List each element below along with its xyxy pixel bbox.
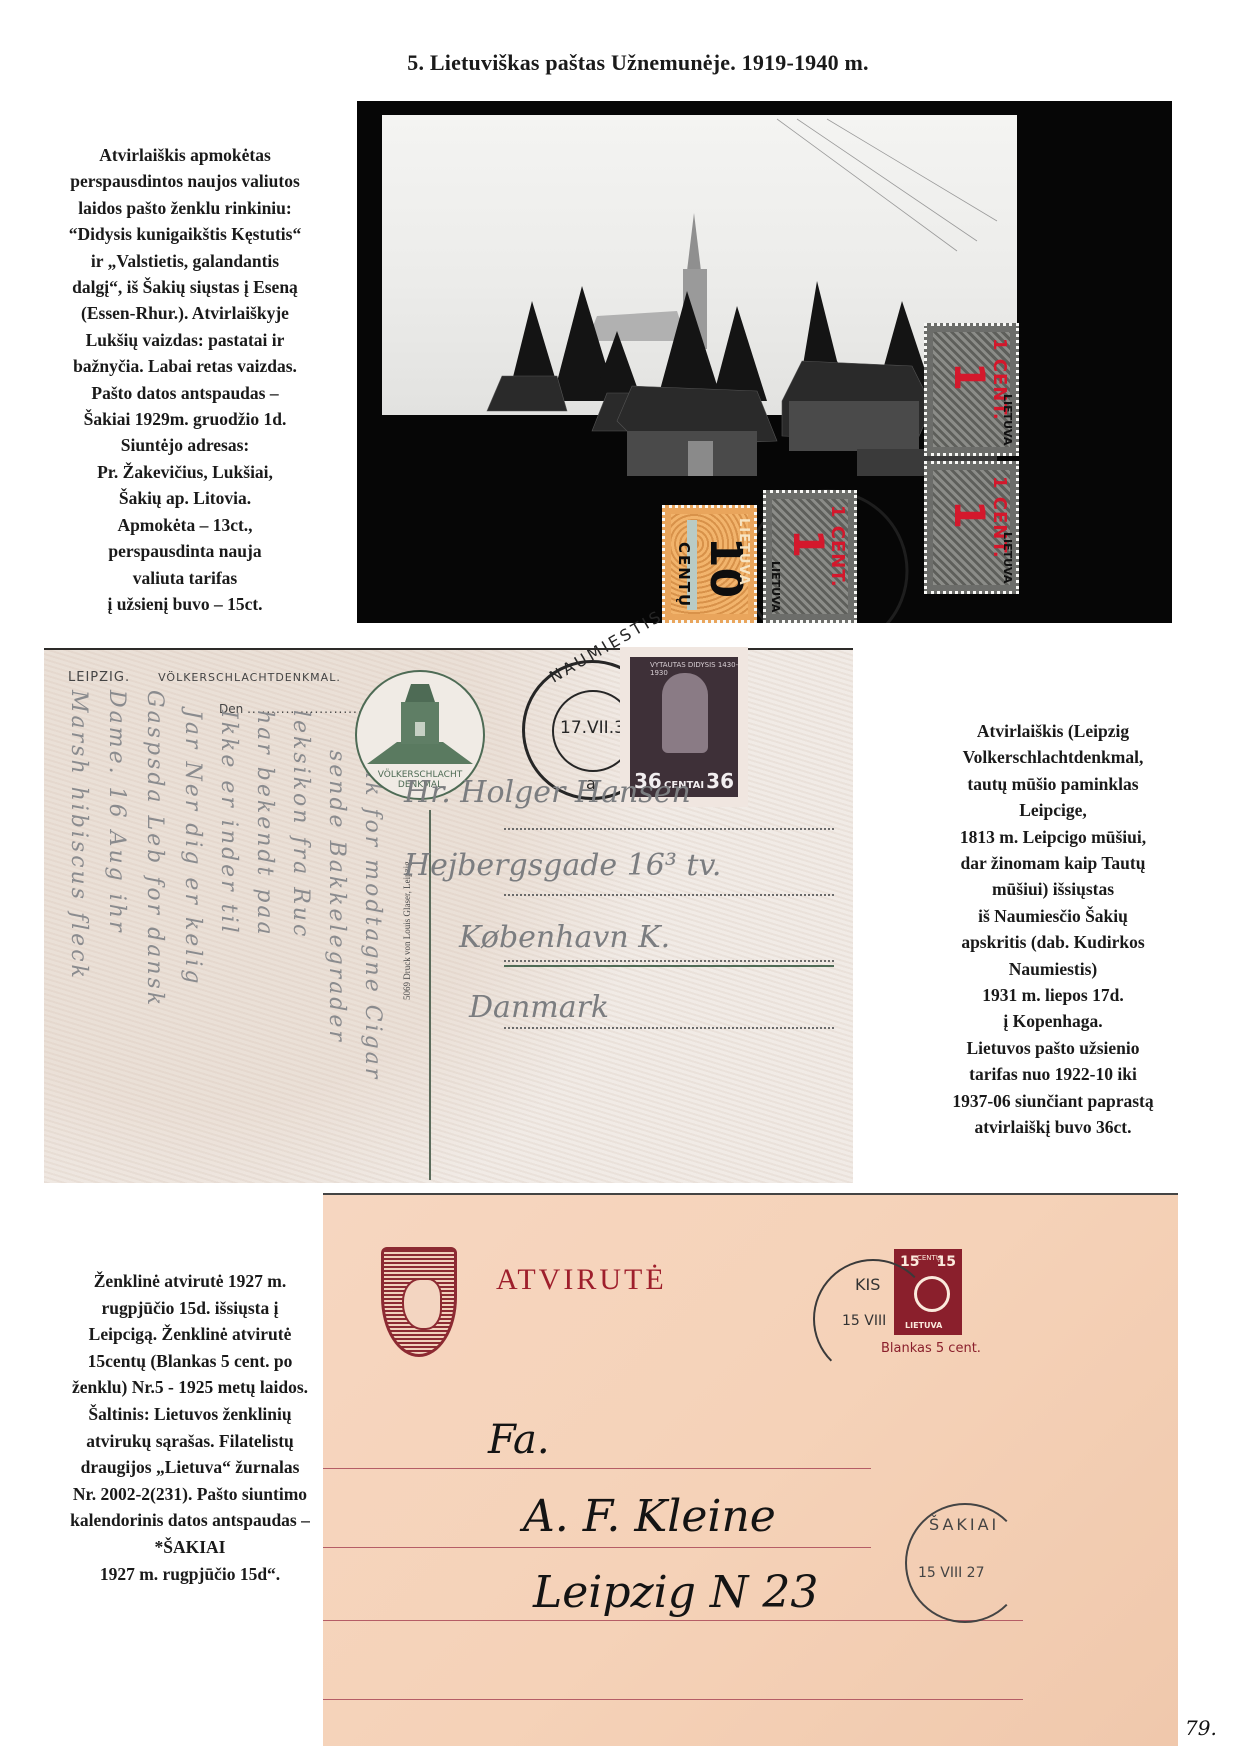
caption-card3: Ženklinė atvirutė 1927 m.rugpjūčio 15d. … xyxy=(40,1268,340,1587)
caption-line: Siuntėjo adresas: xyxy=(40,432,330,458)
address-rule xyxy=(323,1699,1023,1700)
caption-line: laidos pašto ženklu rinkiniu: xyxy=(40,195,330,221)
caption-line: Leipcige, xyxy=(930,797,1176,823)
stamp-10-centu: CENTŲ 10 LIETUVA xyxy=(662,505,757,623)
caption-line: apskritis (dab. Kudirkos xyxy=(930,929,1176,955)
handwritten-message-col: leksikon fra Ruc xyxy=(288,710,313,1170)
caption-line: 1937-06 siunčiant paprastą xyxy=(930,1088,1176,1114)
caption-line: Apmokėta – 13ct., xyxy=(40,512,330,538)
address-line-1: Fa. xyxy=(488,1417,550,1463)
card-title: ATVIRUTĖ xyxy=(496,1263,667,1297)
address-rule xyxy=(323,1547,871,1548)
caption-line: atvirukų sąrašas. Filatelistų xyxy=(40,1428,340,1455)
postcard-leipzig: LEIPZIG.VÖLKERSCHLACHTDENKMAL. Den .....… xyxy=(44,648,853,1183)
handwritten-message-col: Ikke er inder til xyxy=(216,710,241,1170)
address-line-2: Hejbergsgade 16³ tv. xyxy=(404,848,721,883)
caption-line: rugpjūčio 15d. išsiųsta į xyxy=(40,1295,340,1322)
caption-line: (Essen-Rhur.). Atvirlaiškyje xyxy=(40,300,330,326)
caption-line: Leipcigą. Ženklinė atvirutė xyxy=(40,1321,340,1348)
caption-line: tautų mūšio paminklas xyxy=(930,771,1176,797)
address-line-4: Danmark xyxy=(469,990,609,1025)
caption-line: mūšiui) išsiųstas xyxy=(930,876,1176,902)
caption-line: tarifas nuo 1922-10 iki xyxy=(930,1061,1176,1087)
caption-line: kalendorinis datos antspaudas – xyxy=(40,1507,340,1534)
postmark-town: ŠAKIAI xyxy=(929,1515,999,1534)
address-rule xyxy=(504,894,834,896)
address-line-3: København K. xyxy=(459,920,670,955)
caption-line: ir „Valstietis, galandantis xyxy=(40,248,330,274)
caption-line: Ženklinė atvirutė 1927 m. xyxy=(40,1268,340,1295)
caption-line: atvirlaiškį buvo 36ct. xyxy=(930,1114,1176,1140)
stamp-50-sk-surcharged: 1 1 CENT. LIETUVA xyxy=(763,490,857,623)
address-rule xyxy=(504,1027,834,1029)
caption-line: bažnyčia. Labai retas vaizdas. xyxy=(40,353,330,379)
address-rule xyxy=(323,1620,1023,1621)
caption-line: Atvirlaiškis apmokėtas xyxy=(40,142,330,168)
caption-line: dalgį“, iš Šakių siųstas į Eseną xyxy=(40,274,330,300)
card-header: LEIPZIG.VÖLKERSCHLACHTDENKMAL. xyxy=(68,670,341,685)
caption-line: Naumiestis) xyxy=(930,956,1176,982)
address-line-2: A. F. Kleine xyxy=(523,1491,776,1542)
caption-line: Lietuvos pašto užsienio xyxy=(930,1035,1176,1061)
caption-line: Pr. Žakevičius, Lukšiai, xyxy=(40,459,330,485)
caption-line: 15centų (Blankas 5 cent. po xyxy=(40,1348,340,1375)
caption-line: valiuta tarifas xyxy=(40,565,330,591)
caption-line: Šakiai 1929m. gruodžio 1d. xyxy=(40,406,330,432)
coat-of-arms-vytis xyxy=(381,1247,457,1357)
handwritten-message-col: Marsh hibiscus fleck xyxy=(66,690,91,1170)
caption-line: Nr. 2002-2(231). Pašto siuntimo xyxy=(40,1481,340,1508)
caption-line: 1927 m. rugpjūčio 15d“. xyxy=(40,1561,340,1588)
caption-card1: Atvirlaiškis apmokėtasperspausdintos nau… xyxy=(40,142,330,617)
caption-line: perspausdintos naujos valiutos xyxy=(40,168,330,194)
stamp-50-sk-surcharged-top: 1 1 CENT. LIETUVA xyxy=(924,323,1019,456)
caption-line: 1931 m. liepos 17d. xyxy=(930,982,1176,1008)
address-rule xyxy=(323,1468,871,1469)
handwritten-message-col: har bekendt paa xyxy=(252,710,277,1170)
address-line-1: Hr. Holger Hansen xyxy=(404,775,691,810)
caption-line: Atvirlaiškis (Leipzig xyxy=(930,718,1176,744)
postcard-lauksiai-photo: CENTŲ 10 LIETUVA 1 1 CENT. LIETUVA 1 1 C… xyxy=(357,101,1172,623)
caption-line: Šakių ap. Litovia. xyxy=(40,485,330,511)
caption-line: ženklu) Nr.5 - 1925 metų laidos. xyxy=(40,1374,340,1401)
postmark-date: 15 VIII 27 xyxy=(918,1565,985,1581)
address-rule xyxy=(504,960,834,962)
handwritten-message-col: Tak for modtagne Cigar xyxy=(360,750,385,1170)
postmark-top-date: 15 VIII xyxy=(842,1313,886,1329)
caption-line: Volkerschlachtdenkmal, xyxy=(930,744,1176,770)
address-underline xyxy=(504,965,834,967)
postal-stationery-atvirute: ATVIRUTĖ 15 CENTŲ 15 LIETUVA Blankas 5 c… xyxy=(323,1193,1178,1746)
caption-line: “Didysis kunigaikštis Kęstutis“ xyxy=(40,221,330,247)
address-line-3: Leipzig N 23 xyxy=(533,1567,818,1618)
caption-line: *ŠAKIAI xyxy=(40,1534,340,1561)
handwritten-message-col: Gaspsda Leb for dansk xyxy=(142,690,167,1170)
printer-imprint: 5069 Druck von Louis Glaser, Leipzig. xyxy=(402,820,412,1000)
handwritten-message-col: sende Bakkelegrader xyxy=(324,750,349,1170)
caption-line: Lukšių vaizdas: pastatai ir xyxy=(40,327,330,353)
address-rule xyxy=(504,828,834,830)
caption-line: iš Naumiesčio Šakių xyxy=(930,903,1176,929)
postmark-top-town: KIS xyxy=(855,1275,880,1294)
handwritten-message-col: Dame. 16 Aug ihr xyxy=(104,690,129,1170)
caption-line: į Kopenhaga. xyxy=(930,1008,1176,1034)
page-number: 79. xyxy=(1185,1716,1217,1740)
caption-line: draugijos „Lietuva“ žurnalas xyxy=(40,1454,340,1481)
caption-line: dar žinomam kaip Tautų xyxy=(930,850,1176,876)
caption-card2: Atvirlaiškis (LeipzigVolkerschlachtdenkm… xyxy=(930,718,1176,1141)
handwritten-message-col: Jar Ner dig er kelig xyxy=(180,710,205,1170)
caption-line: Pašto datos antspaudas – xyxy=(40,380,330,406)
caption-line: 1813 m. Leipcigo mūšiui, xyxy=(930,824,1176,850)
caption-line: į užsienį buvo – 15ct. xyxy=(40,591,330,617)
caption-line: perspausdinta nauja xyxy=(40,538,330,564)
caption-line: Šaltinis: Lietuvos ženklinių xyxy=(40,1401,340,1428)
stamp-50-sk-surcharged-bottom: 1 1 CENT. LIETUVA xyxy=(924,461,1019,594)
page-title: 5. Lietuviškas paštas Užnemunėje. 1919-1… xyxy=(0,50,1236,76)
